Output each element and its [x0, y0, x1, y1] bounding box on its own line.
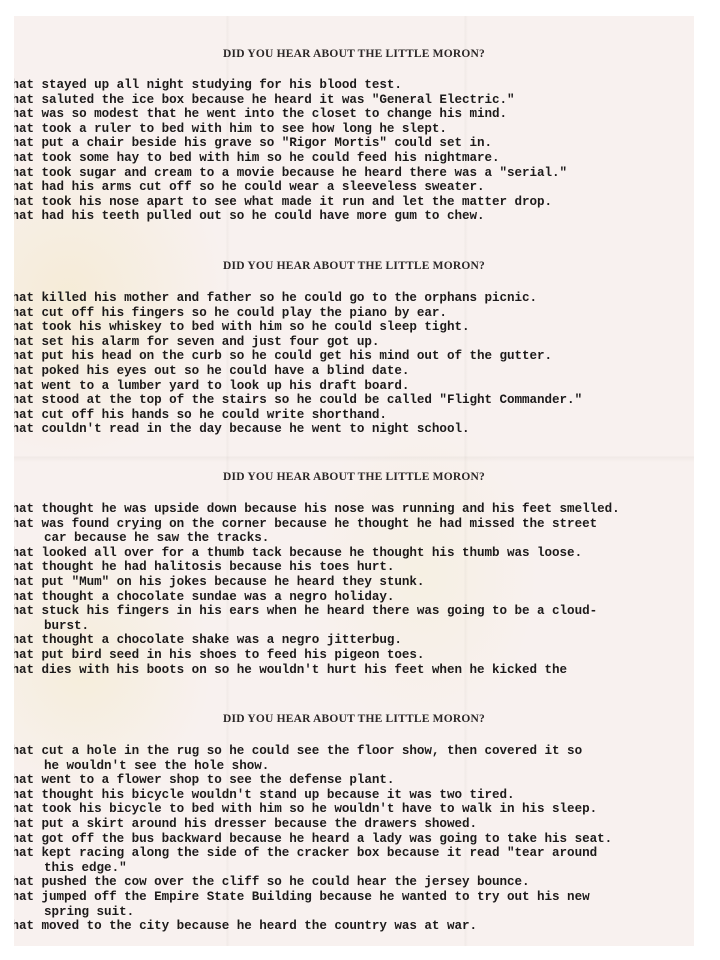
joke-line: That poked his eyes out so he could have…: [14, 364, 694, 379]
joke-line: That saluted the ice box because he hear…: [14, 93, 694, 108]
joke-line: That killed his mother and father so he …: [14, 291, 694, 306]
joke-line-continuation: burst.: [14, 619, 694, 634]
joke-line: That cut a hole in the rug so he could s…: [14, 744, 694, 759]
joke-line: That took some hay to bed with him so he…: [14, 151, 694, 166]
joke-line: That had his teeth pulled out so he coul…: [14, 209, 694, 224]
joke-line: That thought his bicycle wouldn't stand …: [14, 788, 694, 803]
joke-line: That put "Mum" on his jokes because he h…: [14, 575, 694, 590]
section-heading: DID YOU HEAR ABOUT THE LITTLE MORON?: [14, 471, 694, 483]
joke-line: That got off the bus backward because he…: [14, 832, 694, 847]
joke-line-continuation: car because he saw the tracks.: [14, 531, 694, 546]
joke-line: That jumped off the Empire State Buildin…: [14, 890, 694, 905]
joke-line: That cut off his hands so he could write…: [14, 408, 694, 423]
joke-line: That put a chair beside his grave so "Ri…: [14, 136, 694, 151]
joke-line: That went to a lumber yard to look up hi…: [14, 379, 694, 394]
typewritten-page: DID YOU HEAR ABOUT THE LITTLE MORON? Tha…: [14, 16, 694, 946]
section-heading: DID YOU HEAR ABOUT THE LITTLE MORON?: [14, 713, 694, 725]
joke-list: That thought he was upside down because …: [14, 502, 694, 677]
joke-line: That thought a chocolate shake was a neg…: [14, 633, 694, 648]
joke-line: That thought he had halitosis because hi…: [14, 560, 694, 575]
joke-line: That pushed the cow over the cliff so he…: [14, 875, 694, 890]
joke-line: That thought a chocolate sundae was a ne…: [14, 590, 694, 605]
joke-line: That took his bicycle to bed with him so…: [14, 802, 694, 817]
joke-list: That stayed up all night studying for hi…: [14, 78, 694, 224]
joke-line: That was so modest that he went into the…: [14, 107, 694, 122]
joke-line: That was found crying on the corner beca…: [14, 517, 694, 532]
joke-line: That kept racing along the side of the c…: [14, 846, 694, 861]
joke-line-continuation: he wouldn't see the hole show.: [14, 759, 694, 774]
joke-line: That put his head on the curb so he coul…: [14, 349, 694, 364]
joke-list: That killed his mother and father so he …: [14, 291, 694, 437]
section-heading: DID YOU HEAR ABOUT THE LITTLE MORON?: [14, 260, 694, 272]
joke-line: That put bird seed in his shoes to feed …: [14, 648, 694, 663]
joke-line: That set his alarm for seven and just fo…: [14, 335, 694, 350]
joke-line: That moved to the city because he heard …: [14, 919, 694, 934]
joke-line: That put a skirt around his dresser beca…: [14, 817, 694, 832]
joke-line: That stuck his fingers in his ears when …: [14, 604, 694, 619]
joke-line: That couldn't read in the day because he…: [14, 422, 694, 437]
joke-line: That dies with his boots on so he wouldn…: [14, 663, 694, 678]
joke-line: That cut off his fingers so he could pla…: [14, 306, 694, 321]
joke-line: That took sugar and cream to a movie bec…: [14, 166, 694, 181]
joke-line-continuation: this edge.": [14, 861, 694, 876]
joke-line: That had his arms cut off so he could we…: [14, 180, 694, 195]
joke-line: That went to a flower shop to see the de…: [14, 773, 694, 788]
joke-line: That stood at the top of the stairs so h…: [14, 393, 694, 408]
joke-line: That stayed up all night studying for hi…: [14, 78, 694, 93]
joke-list: That cut a hole in the rug so he could s…: [14, 744, 694, 934]
joke-line: That thought he was upside down because …: [14, 502, 694, 517]
joke-line: That looked all over for a thumb tack be…: [14, 546, 694, 561]
joke-line: That took his whiskey to bed with him so…: [14, 320, 694, 335]
joke-line: That took his nose apart to see what mad…: [14, 195, 694, 210]
joke-line: That took a ruler to bed with him to see…: [14, 122, 694, 137]
joke-line-continuation: spring suit.: [14, 905, 694, 920]
section-heading: DID YOU HEAR ABOUT THE LITTLE MORON?: [14, 48, 694, 60]
